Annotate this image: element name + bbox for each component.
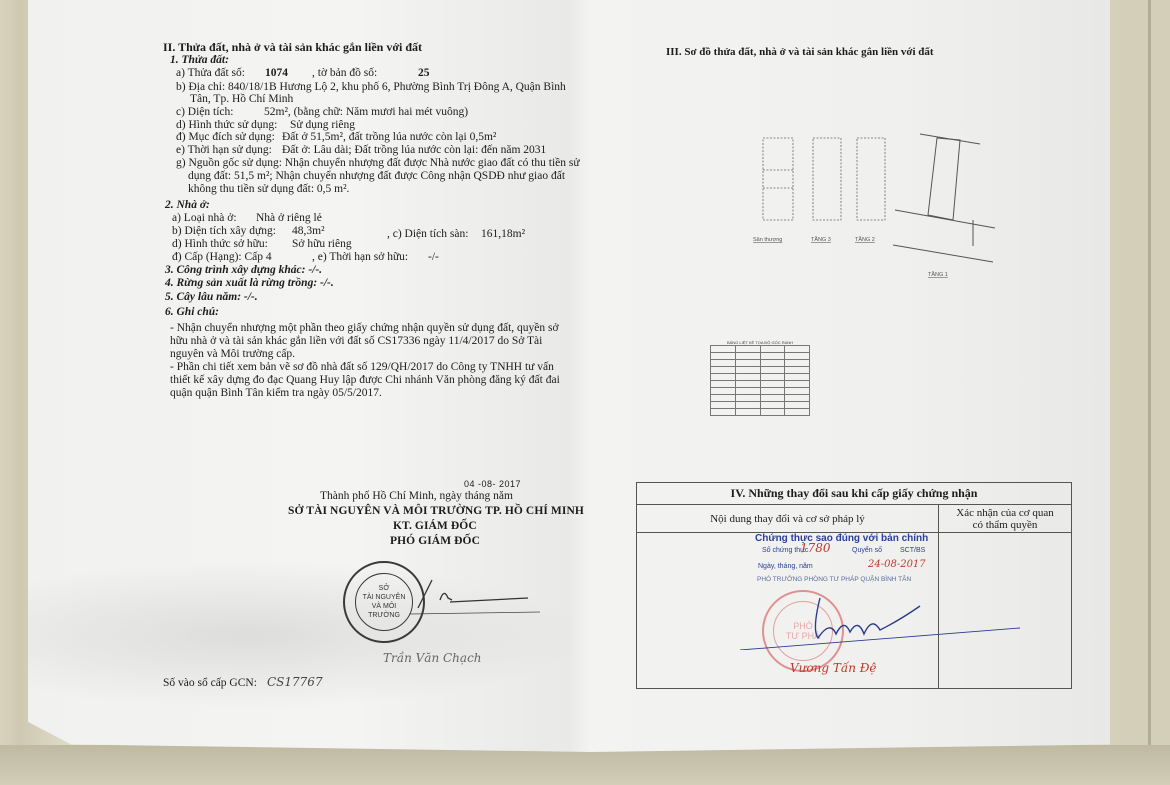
seal-text: TÀI NGUYÊN bbox=[363, 593, 406, 602]
land-heading: 1. Thửa đất: bbox=[170, 54, 229, 66]
house-build-area-label: b) Diện tích xây dựng: bbox=[172, 225, 276, 238]
floor-plan-sketch: Sân thượng TẦNG 3 TẦNG 2 TẦNG 1 bbox=[745, 120, 1005, 290]
section-ii-title: II. Thửa đất, nhà ở và tài sản khác gắn … bbox=[163, 40, 422, 55]
changes-col-confirmation: Xác nhận của cơ quan có thẩm quyền bbox=[939, 505, 1071, 532]
house-floor-area-label: , c) Diện tích sàn: bbox=[387, 228, 468, 241]
certified-date-value: 24-08-2017 bbox=[868, 559, 926, 570]
land-use-purpose-value: Đất ở 51,5m², đất trồng lúa nước còn lại… bbox=[282, 131, 496, 144]
certified-book-label: Quyển số bbox=[852, 547, 882, 554]
registry-number-label: Số vào sổ cấp GCN: bbox=[163, 677, 257, 690]
house-ownership-label: d) Hình thức sở hữu: bbox=[172, 238, 268, 251]
planted-forest: 4. Rừng sản xuất là rừng trồng: -/-. bbox=[165, 277, 334, 289]
land-origin-line3: không thu tiền sử dụng đất: 0,5 m². bbox=[188, 183, 349, 196]
house-ownership-term-label: , e) Thời hạn sở hữu: bbox=[312, 251, 408, 264]
sketch-label: TẦNG 2 bbox=[855, 236, 875, 243]
other-constructions: 3. Công trình xây dựng khác: -/-. bbox=[165, 264, 322, 276]
note-line: hữu nhà ở và tài sản khác gắn liền với đ… bbox=[170, 335, 542, 348]
land-map-sheet-number: 25 bbox=[418, 67, 430, 80]
registry-number-value: CS17767 bbox=[267, 675, 323, 689]
certified-book-value: SCT/BS bbox=[900, 547, 925, 554]
notes-heading: 6. Ghi chú: bbox=[165, 306, 219, 318]
house-grade: đ) Cấp (Hạng): Cấp 4 bbox=[172, 251, 272, 264]
note-line: - Nhận chuyển nhượng một phần theo giấy … bbox=[170, 322, 559, 335]
house-floor-area-value: 161,18m² bbox=[481, 228, 525, 241]
land-area-label: c) Diện tích: bbox=[176, 106, 233, 119]
note-line: quận quận Bình Tân kiểm tra ngày 05/5/20… bbox=[170, 387, 382, 400]
land-origin-line2: dụng đất: 51,5 m²; Nhận chuyển nhượng đấ… bbox=[188, 170, 565, 183]
issue-place-date: Thành phố Hồ Chí Minh, ngày tháng năm bbox=[320, 490, 513, 503]
sketch-label: TẦNG 1 bbox=[928, 271, 948, 278]
director-signature-icon bbox=[410, 570, 540, 620]
deputy-signature-icon bbox=[740, 590, 1020, 650]
house-ownership-term-value: -/- bbox=[428, 251, 439, 264]
certified-number-value: 1780 bbox=[800, 541, 831, 555]
land-plot-number: 1074 bbox=[265, 67, 288, 80]
changes-table: IV. Những thay đổi sau khi cấp giấy chứn… bbox=[636, 482, 1072, 689]
certified-copy-heading: Chứng thực sao đúng với bản chính bbox=[755, 533, 928, 544]
land-map-sheet-label: , tờ bản đồ số: bbox=[312, 67, 377, 80]
director-name: Trần Văn Chạch bbox=[383, 651, 482, 665]
issuing-authority: SỞ TÀI NGUYÊN VÀ MÔI TRƯỜNG TP. HỒ CHÍ M… bbox=[288, 505, 584, 517]
issue-date-stamp: 04 -08- 2017 bbox=[464, 479, 521, 489]
land-area-value: 52m², (bằng chữ: Năm mươi hai mét vuông) bbox=[264, 106, 468, 119]
land-address-line2: Tân, Tp. Hồ Chí Minh bbox=[190, 93, 293, 106]
section-iii-title: III. Sơ đồ thửa đất, nhà ở và tài sản kh… bbox=[666, 46, 934, 58]
seal-text: SỞ bbox=[379, 584, 390, 593]
certified-office: PHÓ TRƯỞNG PHÒNG TƯ PHÁP QUẬN BÌNH TÂN bbox=[757, 576, 911, 583]
note-line: - Phần chi tiết xem bản vẽ sơ đồ nhà đất… bbox=[170, 361, 554, 374]
land-use-term-label: e) Thời hạn sử dụng: bbox=[176, 144, 272, 157]
deputy-name: Vương Tấn Đệ bbox=[790, 661, 877, 675]
note-line: nguyên và Môi trường cấp. bbox=[170, 348, 295, 361]
sketch-label: Sân thượng bbox=[753, 237, 782, 243]
signer-kt-title: KT. GIÁM ĐỐC bbox=[393, 520, 477, 532]
house-type-value: Nhà ở riêng lẻ bbox=[256, 212, 322, 225]
land-origin-line1: g) Nguồn gốc sử dụng: Nhận chuyển nhượng… bbox=[176, 157, 580, 170]
perennial-trees: 5. Cây lâu năm: -/-. bbox=[165, 291, 258, 303]
col2-line1: Xác nhận của cơ quan bbox=[939, 507, 1071, 519]
house-heading: 2. Nhà ở: bbox=[165, 199, 210, 211]
note-line: thiết kế xây dựng đo đạc Quang Huy lập đ… bbox=[170, 374, 560, 387]
changes-table-title: IV. Những thay đổi sau khi cấp giấy chứn… bbox=[637, 483, 1071, 505]
land-use-purpose-label: đ) Mục đích sử dụng: bbox=[176, 131, 275, 144]
col2-line2: có thẩm quyền bbox=[939, 519, 1071, 531]
background-groove bbox=[1148, 0, 1151, 785]
sketch-label: TẦNG 3 bbox=[811, 236, 831, 243]
coordinate-table: BẢNG LIỆT KÊ TỌA ĐỘ GÓC RANH bbox=[710, 340, 810, 416]
changes-col-content: Nội dung thay đổi và cơ sở pháp lý bbox=[637, 505, 939, 532]
house-ownership-value: Sở hữu riêng bbox=[292, 238, 352, 251]
seal-text: VÀ MÔI TRƯỜNG bbox=[356, 602, 412, 620]
land-plot-number-label: a) Thửa đất số: bbox=[176, 67, 245, 80]
signer-title: PHÓ GIÁM ĐỐC bbox=[390, 535, 480, 547]
house-type-label: a) Loại nhà ở: bbox=[172, 212, 237, 225]
certified-date-label: Ngày, tháng, năm bbox=[758, 563, 813, 570]
land-use-term-value: Đất ở: Lâu dài; Đất trồng lúa nước còn l… bbox=[282, 144, 546, 157]
house-build-area-value: 48,3m² bbox=[292, 225, 325, 238]
